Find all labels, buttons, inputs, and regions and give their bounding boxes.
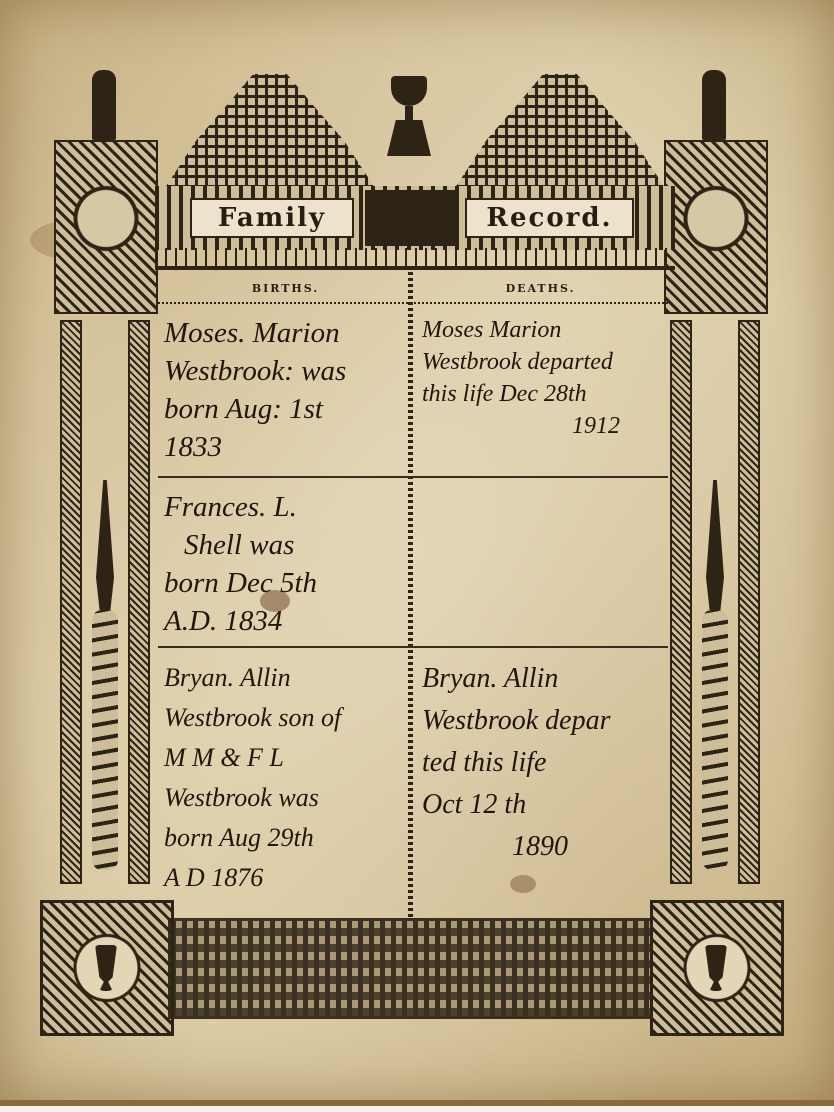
ornamental-base-band	[168, 918, 658, 1019]
birth-entry: Bryan. Allin Westbrook son of M M & F L …	[158, 648, 408, 917]
column-shaft	[738, 320, 760, 884]
rosette-capital	[664, 140, 768, 314]
lattice-gable	[455, 68, 665, 188]
right-plinth	[650, 900, 784, 1036]
column-shaft	[60, 320, 82, 884]
urn-icon	[387, 76, 431, 156]
finial-icon	[92, 70, 116, 140]
header-crest: Family Record.	[155, 68, 675, 268]
death-entry-empty	[416, 478, 668, 646]
document-page: Family Record. BIRTHS. DEATHS. Moses. Ma…	[0, 0, 834, 1106]
title-family: Family	[190, 198, 354, 238]
urn-icon	[705, 945, 727, 991]
table-row: Moses. Marion Westbrook: was born Aug: 1…	[158, 304, 668, 478]
finial-icon	[702, 70, 726, 140]
register-table: BIRTHS. DEATHS. Moses. Marion Westbrook:…	[158, 272, 668, 917]
scalloped-border	[155, 248, 675, 270]
spiral-column	[92, 610, 118, 870]
birth-entry: Moses. Marion Westbrook: was born Aug: 1…	[158, 304, 408, 476]
left-plinth	[40, 900, 174, 1036]
death-entry: Bryan. Allin Westbrook depar ted this li…	[416, 648, 668, 917]
lattice-gable	[165, 68, 375, 188]
urn-icon	[95, 945, 117, 991]
column-shaft	[128, 320, 150, 884]
ornament-center	[365, 190, 455, 246]
birth-entry: Frances. L. Shell was born Dec 5th A.D. …	[158, 478, 408, 646]
title-band: Family Record.	[155, 186, 675, 250]
rosette-capital	[54, 140, 158, 314]
table-row: Bryan. Allin Westbrook son of M M & F L …	[158, 648, 668, 917]
table-row: Frances. L. Shell was born Dec 5th A.D. …	[158, 478, 668, 648]
left-pillar	[48, 70, 158, 890]
death-entry: Moses Marion Westbrook departed this lif…	[416, 304, 668, 476]
torch-icon	[96, 480, 114, 610]
header-deaths: DEATHS.	[413, 272, 668, 302]
column-shaft	[670, 320, 692, 884]
header-births: BIRTHS.	[158, 272, 413, 302]
torch-icon	[706, 480, 724, 610]
column-headers: BIRTHS. DEATHS.	[158, 272, 668, 304]
spiral-column	[702, 610, 728, 870]
title-record: Record.	[465, 198, 634, 238]
